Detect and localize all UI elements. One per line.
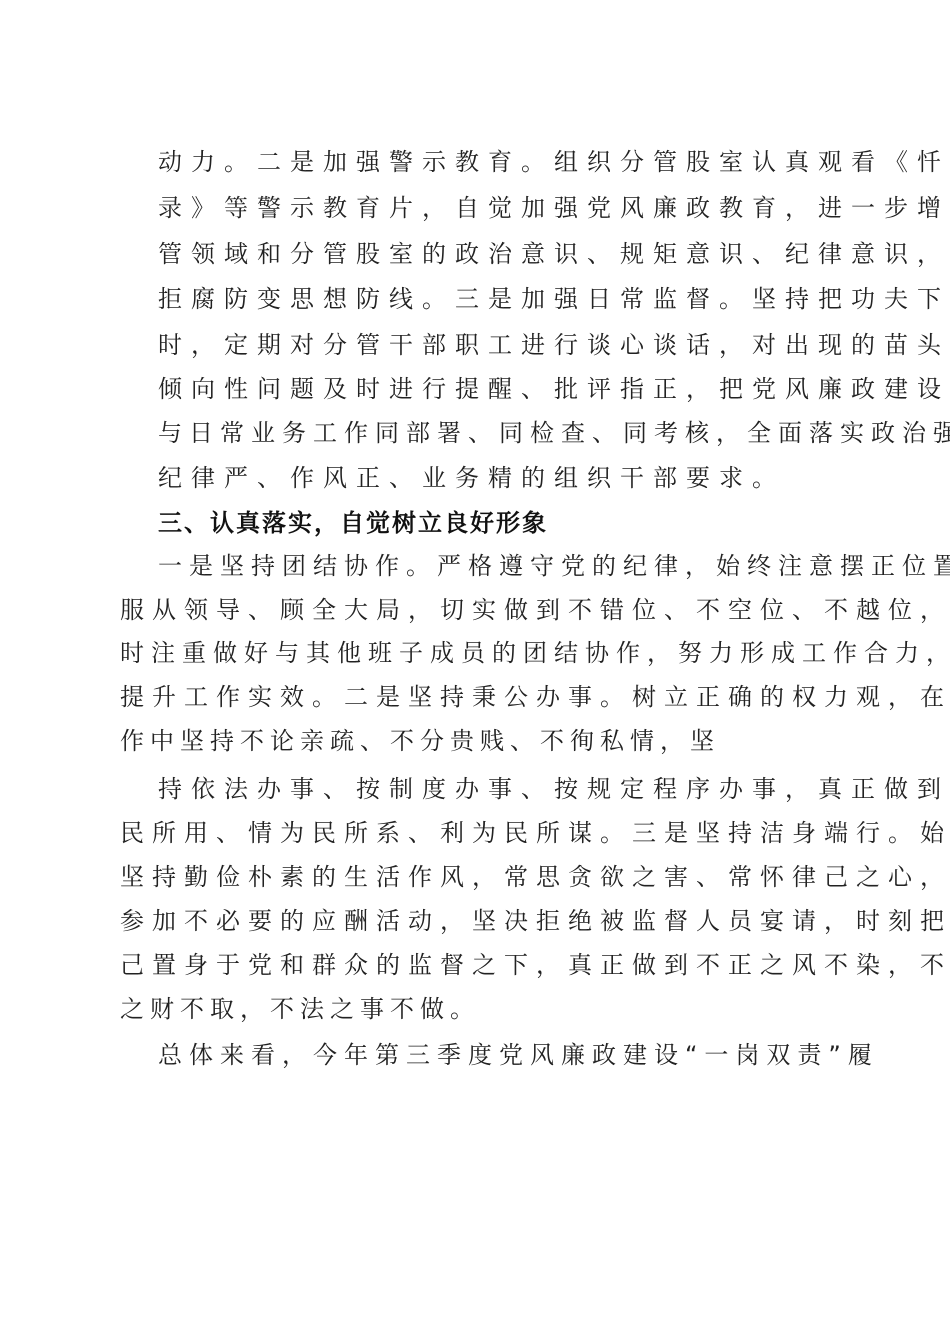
paragraph-line: 持依法办事、按制度办事、按规定程序办事，真正做到权为 bbox=[158, 774, 950, 804]
paragraph-line: 民所用、情为民所系、利为民所谋。三是坚持洁身端行。始终 bbox=[120, 818, 950, 848]
paragraph-line: 纪律严、作风正、业务精的组织干部要求。 bbox=[158, 463, 785, 493]
paragraph-line: 动力。二是加强警示教育。组织分管股室认真观看《忏悔实 bbox=[158, 147, 950, 177]
paragraph-line: 倾向性问题及时进行提醒、批评指正，把党风廉政建设工作 bbox=[158, 374, 950, 404]
paragraph-line: 参加不必要的应酬活动，坚决拒绝被监督人员宴请，时刻把自 bbox=[120, 906, 950, 936]
paragraph-line: 管领域和分管股室的政治意识、规矩意识、纪律意识，筑牢 bbox=[158, 239, 950, 269]
paragraph-line: 作中坚持不论亲疏、不分贵贱、不徇私情，坚 bbox=[120, 726, 720, 756]
paragraph-line: 坚持勤俭朴素的生活作风，常思贪欲之害、常怀律己之心，不 bbox=[120, 862, 950, 892]
paragraph-line: 服从领导、顾全大局，切实做到不错位、不空位、不越位，同 bbox=[120, 595, 950, 625]
section-heading: 三、认真落实，自觉树立良好形象 bbox=[158, 508, 548, 538]
paragraph-line: 时注重做好与其他班子成员的团结协作，努力形成工作合力， bbox=[120, 638, 950, 668]
paragraph-line: 拒腐防变思想防线。三是加强日常监督。坚持把功夫下在平 bbox=[158, 284, 950, 314]
paragraph-line: 之财不取，不法之事不做。 bbox=[120, 994, 480, 1024]
document-page: 动力。二是加强警示教育。组织分管股室认真观看《忏悔实 录》等警示教育片，自觉加强… bbox=[0, 0, 950, 1344]
paragraph-line: 己置身于党和群众的监督之下，真正做到不正之风不染，不义 bbox=[120, 950, 950, 980]
paragraph-line: 一是坚持团结协作。严格遵守党的纪律，始终注意摆正位置、 bbox=[158, 551, 950, 581]
paragraph-line: 时，定期对分管干部职工进行谈心谈话，对出现的苗头性、 bbox=[158, 330, 950, 360]
paragraph-line: 提升工作实效。二是坚持秉公办事。树立正确的权力观，在工 bbox=[120, 682, 950, 712]
paragraph-line: 与日常业务工作同部署、同检查、同考核，全面落实政治强、 bbox=[158, 418, 950, 448]
paragraph-line: 总体来看，今年第三季度党风廉政建设“一岗双责”履 bbox=[158, 1040, 879, 1070]
paragraph-line: 录》等警示教育片，自觉加强党风廉政教育，进一步增强分 bbox=[158, 193, 950, 223]
